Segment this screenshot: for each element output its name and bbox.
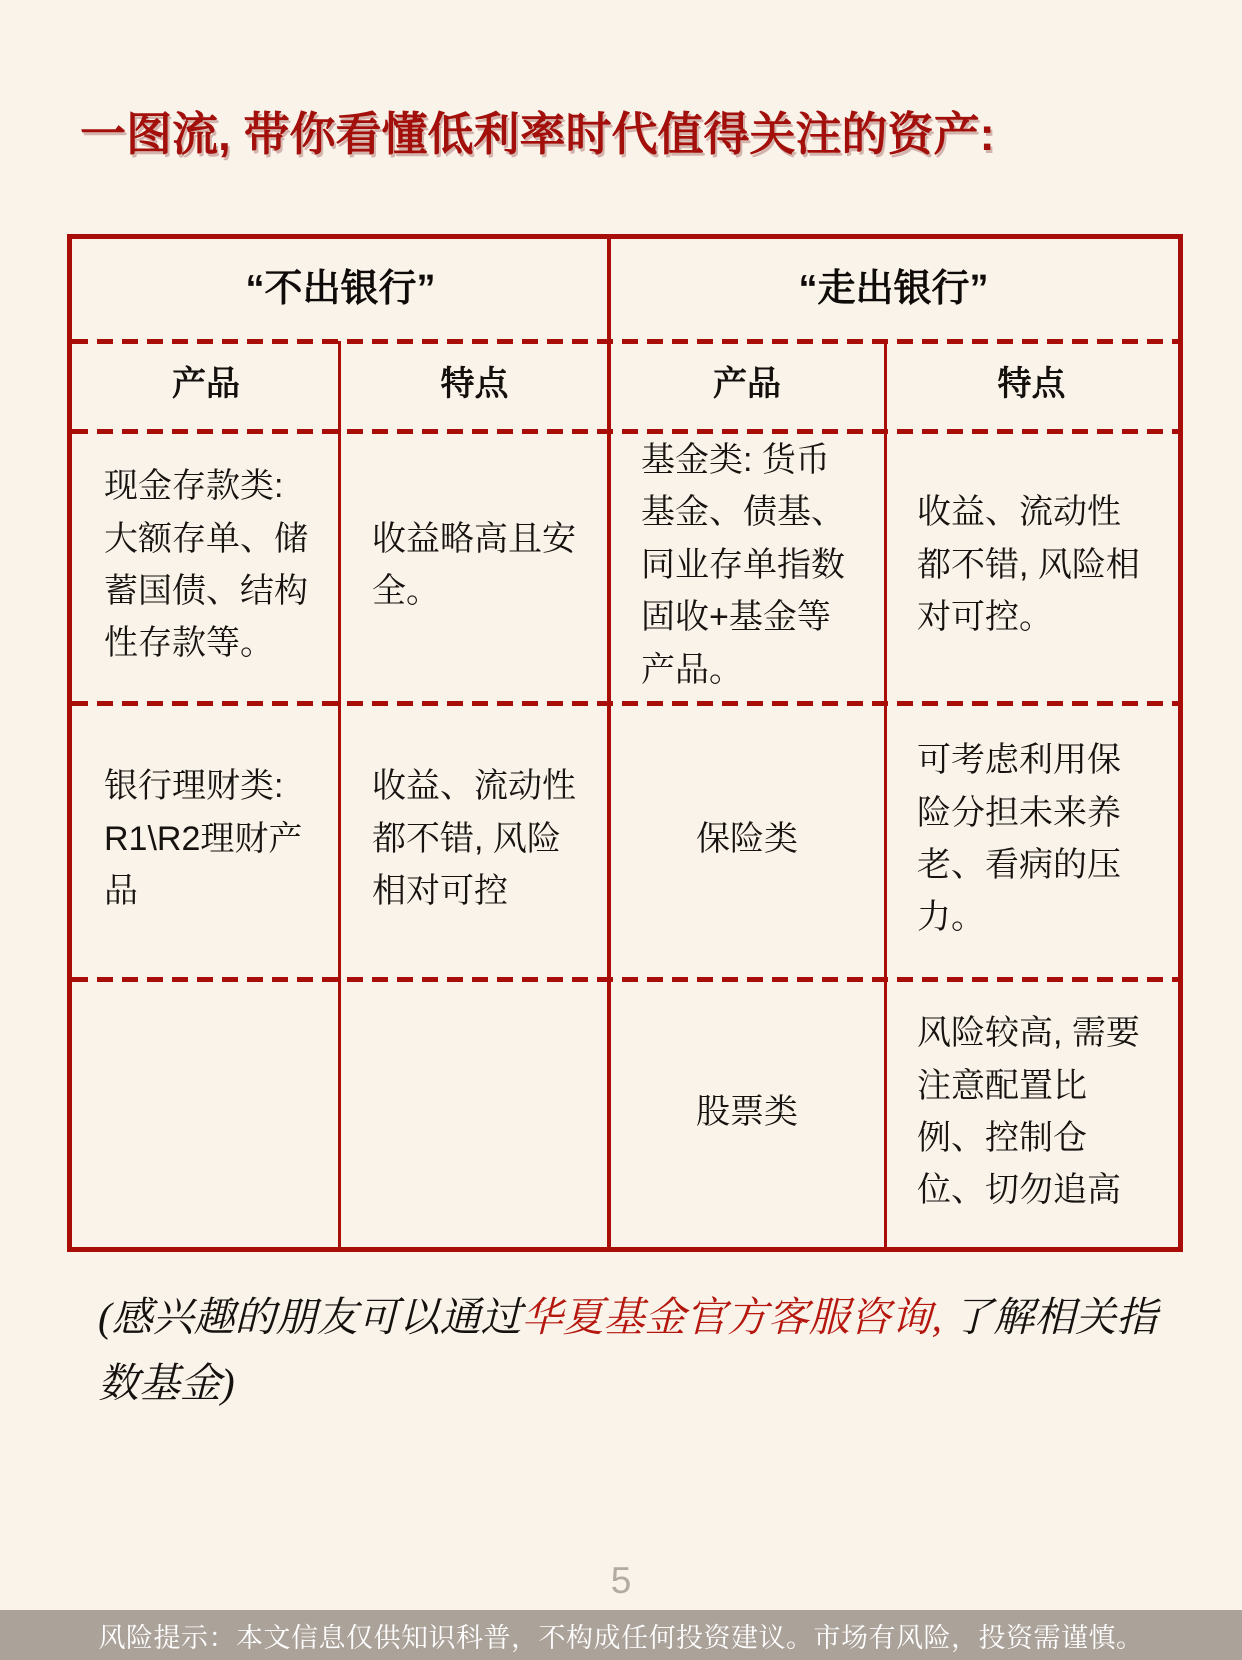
note-highlight-huaxia-service: 华夏基金官方客服咨询, — [522, 1294, 942, 1340]
page-title: 一图流, 带你看懂低利率时代值得关注的资产: — [80, 98, 1180, 164]
page: 一图流, 带你看懂低利率时代值得关注的资产: “不出银行” “走出银行” 产品 … — [0, 0, 1242, 1660]
column-header-feature-right: 特点 — [885, 339, 1178, 429]
cell-empty-left-feature — [340, 977, 609, 1247]
cell-bank-wealth-product: 银行理财类: R1\R2理财产品 — [72, 701, 340, 977]
column-header-product-left: 产品 — [72, 339, 340, 429]
column-header-feature-left: 特点 — [340, 339, 609, 429]
cell-stock-product: 股票类 — [609, 977, 885, 1247]
cell-stock-feature: 风险较高, 需要注意配置比例、控制仓位、切勿追高 — [885, 977, 1178, 1247]
risk-disclaimer-text: 风险提示：本文信息仅供知识科普，不构成任何投资建议。市场有风险，投资需谨慎。 — [99, 1616, 1144, 1655]
cell-cash-deposit-product: 现金存款类: 大额存单、储蓄国债、结构性存款等。 — [72, 429, 340, 701]
column-header-product-right: 产品 — [609, 339, 885, 429]
page-number: 5 — [0, 1560, 1242, 1602]
cell-empty-left-product — [72, 977, 340, 1247]
table-center-divider — [607, 239, 611, 1247]
table-dashed-rule-4 — [72, 977, 1178, 982]
asset-comparison-table: “不出银行” “走出银行” 产品 特点 产品 特点 现金存款类: 大额存单、储蓄… — [67, 234, 1183, 1252]
table-dashed-rule-2 — [72, 429, 1178, 434]
cell-cash-deposit-feature: 收益略高且安全。 — [340, 429, 609, 701]
group-header-stay-in-bank: “不出银行” — [72, 239, 609, 339]
group-header-leave-bank: “走出银行” — [609, 239, 1178, 339]
cell-insurance-product: 保险类 — [609, 701, 885, 977]
cell-bank-wealth-feature: 收益、流动性都不错, 风险相对可控 — [340, 701, 609, 977]
note-prefix: (感兴趣的朋友可以通过 — [98, 1294, 522, 1340]
cell-fund-feature: 收益、流动性都不错, 风险相对可控。 — [885, 429, 1178, 701]
table-dashed-rule-1 — [72, 339, 1178, 344]
table-grid: “不出银行” “走出银行” 产品 特点 产品 特点 现金存款类: 大额存单、储蓄… — [72, 239, 1178, 1247]
contact-note: (感兴趣的朋友可以通过华夏基金官方客服咨询, 了解相关指数基金) — [98, 1284, 1183, 1417]
table-right-column-divider — [884, 341, 887, 1247]
risk-disclaimer-bar: 风险提示：本文信息仅供知识科普，不构成任何投资建议。市场有风险，投资需谨慎。 — [0, 1610, 1242, 1660]
cell-insurance-feature: 可考虑利用保险分担未来养老、看病的压力。 — [885, 701, 1178, 977]
table-left-column-divider — [338, 341, 341, 1247]
table-dashed-rule-3 — [72, 701, 1178, 706]
cell-fund-product: 基金类: 货币基金、债基、同业存单指数固收+基金等产品。 — [609, 429, 885, 701]
